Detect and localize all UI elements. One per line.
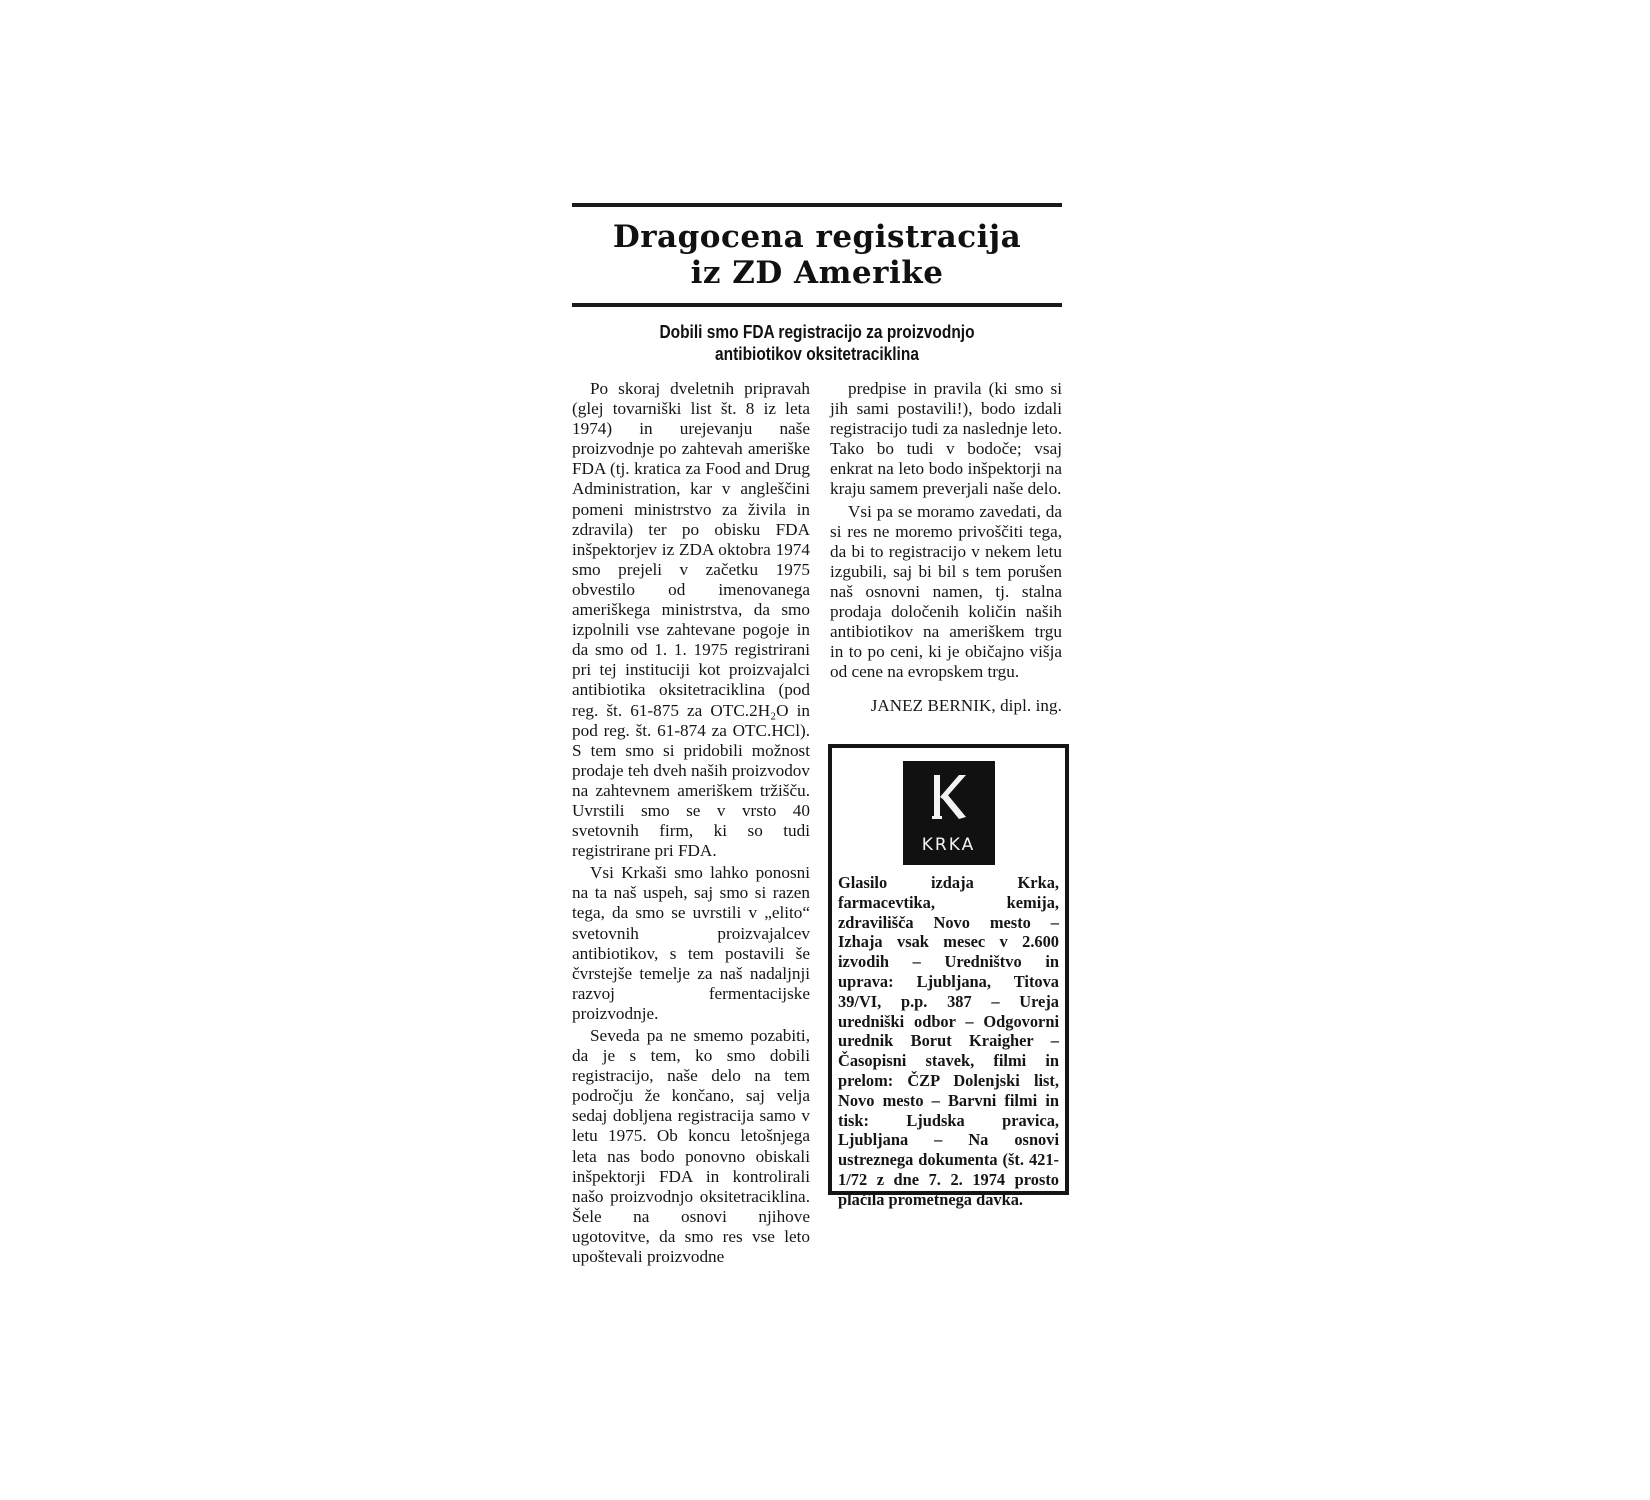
headline-line-1: Dragocena registracija	[572, 219, 1062, 255]
headline: Dragocena registracija iz ZD Amerike	[572, 219, 1062, 291]
paragraph: Vsi pa se moramo zavedati, da si res ne …	[830, 502, 1062, 683]
subheadline-line-1: Dobili smo FDA registracijo za proizvodn…	[606, 321, 1027, 343]
imprint-box: KRKA Glasilo izdaja Krka, farmacevtika, …	[828, 744, 1069, 1195]
subheadline: Dobili smo FDA registracijo za proizvodn…	[606, 321, 1027, 365]
paragraph: Vsi Krkaši smo lahko ponosni na ta naš u…	[572, 863, 810, 1024]
bottom-rule	[572, 303, 1062, 307]
headline-line-2: iz ZD Amerike	[572, 255, 1062, 291]
paragraph: Seveda pa ne smemo pozabiti, da je s tem…	[572, 1026, 810, 1267]
author-signature: JANEZ BERNIK, dipl. ing.	[830, 696, 1062, 716]
subheadline-line-2: antibiotikov oksitetraciklina	[606, 343, 1027, 365]
krka-logo: KRKA	[903, 761, 995, 865]
right-column: predpise in pravila (ki smo si jih sami …	[830, 379, 1062, 717]
top-rule	[572, 203, 1062, 207]
paragraph: predpise in pravila (ki smo si jih sami …	[830, 379, 1062, 500]
logo-wordmark: KRKA	[903, 835, 995, 855]
left-column: Po skoraj dveletnih pripravah (glej tova…	[572, 379, 810, 1267]
paragraph: Po skoraj dveletnih pripravah (glej tova…	[572, 379, 810, 861]
imprint-text: Glasilo izdaja Krka, farmacevtika, kemij…	[836, 873, 1061, 1210]
